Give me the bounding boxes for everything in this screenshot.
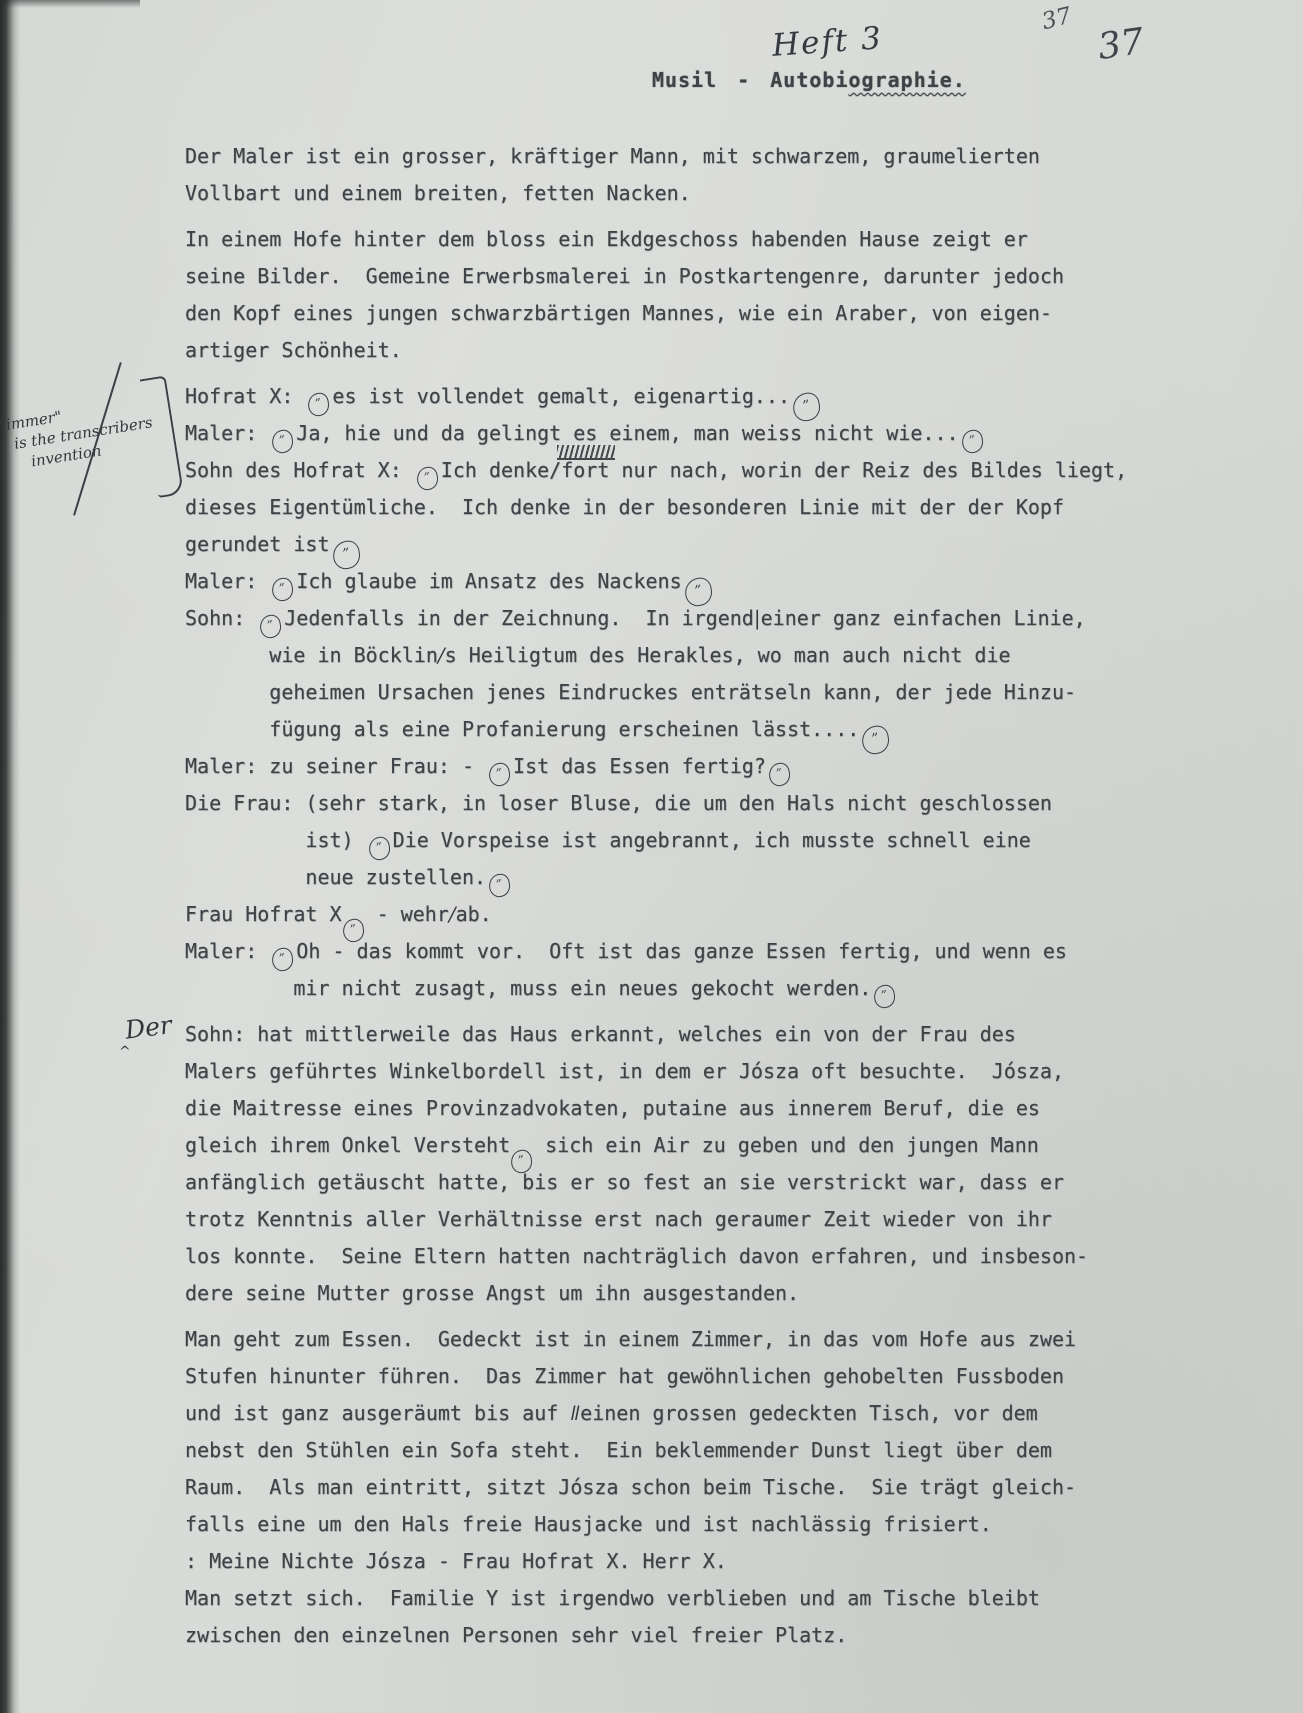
scan-edge-shadow <box>0 0 20 1713</box>
typed-line: Hofrat X: ”es ist vollendet gemalt, eige… <box>185 378 1225 415</box>
typed-line: trotz Kenntnis aller Verhältnisse erst n… <box>185 1201 1225 1238</box>
typed-text: ab. <box>456 902 492 926</box>
typed-line: wie in Böcklin/s Heiligtum des Herakles,… <box>185 637 1225 674</box>
handwritten-quote-mark-icon: ” <box>487 872 512 898</box>
page-number-pencil: 37 <box>1039 3 1074 35</box>
title-work-start: Autobi <box>770 68 848 92</box>
page-title: Musil-Autobiographie. <box>652 68 966 92</box>
typed-text: mir nicht zusagt, muss ein neues gekocht… <box>293 976 871 1000</box>
typed-line: geheimen Ursachen jenes Eindruckes enträ… <box>185 674 1225 711</box>
typed-text: wie in Böcklin <box>269 643 438 667</box>
handwritten-stroke: / <box>449 902 456 926</box>
heft-annotation: Heft 3 <box>771 20 884 64</box>
typed-text: Frau Hofrat X <box>185 902 342 926</box>
handwritten-quote-mark-icon: ” <box>415 465 440 491</box>
handwritten-quote-mark-icon: ” <box>767 761 792 787</box>
typed-text: Hofrat X: <box>185 384 305 408</box>
typed-text: Die Vorspeise ist angebrannt, ich musste… <box>393 828 1031 852</box>
typed-text: In einem Hofe hinter dem bloss ein Ekdge… <box>185 227 1028 251</box>
typed-text: den Kopf eines jungen schwarzbärtigen Ma… <box>185 301 1052 325</box>
typed-text: Der Maler ist ein grosser, kräftiger Man… <box>185 144 1040 168</box>
scan-edge-top-shadow <box>0 0 140 8</box>
paragraph-block: Der Maler ist ein grosser, kräftiger Man… <box>185 138 1225 212</box>
typed-text: los konnte. Seine Eltern hatten nachträg… <box>185 1244 1088 1268</box>
typed-line: artiger Schönheit. <box>185 332 1225 369</box>
typed-line: Frau Hofrat X” - wehr/ab. <box>185 896 1225 933</box>
handwritten-quote-mark-icon: ” <box>307 391 332 417</box>
typed-text: Sohn: <box>185 606 257 630</box>
typed-line: anfänglich getäuscht hatte, bis er so fe… <box>185 1164 1225 1201</box>
typed-line: Maler: ”Ja, hie und da gelingt es einem,… <box>185 415 1225 452</box>
typed-line: los konnte. Seine Eltern hatten nachträg… <box>185 1238 1225 1275</box>
typed-text: anfänglich getäuscht hatte, bis er so fe… <box>185 1170 1064 1194</box>
typed-text: falls eine um den Hals freie Hausjacke u… <box>185 1512 992 1536</box>
typed-text: Vollbart und einem breiten, fetten Nacke… <box>185 181 691 205</box>
typed-text: gerundet ist <box>185 532 330 556</box>
typed-line: und ist ganz ausgeräumt bis auf ǁeinen g… <box>185 1395 1225 1432</box>
typed-text: Maler: <box>185 569 269 593</box>
typed-line: Die Frau: (sehr stark, in loser Bluse, d… <box>185 785 1225 822</box>
typed-line: neue zustellen.” <box>185 859 1225 896</box>
typed-line: zwischen den einzelnen Personen sehr vie… <box>185 1617 1225 1654</box>
handwritten-quote-mark-icon: ” <box>258 613 283 639</box>
typed-text: und ist ganz ausgeräumt bis auf <box>185 1401 570 1425</box>
typed-line: Vollbart und einem breiten, fetten Nacke… <box>185 175 1225 212</box>
typed-line: falls eine um den Hals freie Hausjacke u… <box>185 1506 1225 1543</box>
typed-text: gleich ihrem Onkel Versteht <box>185 1133 510 1157</box>
typed-text: Malers geführtes Winkelbordell ist, in d… <box>185 1059 1064 1083</box>
typed-line: fügung als eine Profanierung erscheinen … <box>185 711 1225 748</box>
typed-line: Man geht zum Essen. Gedeckt ist in einem… <box>185 1321 1225 1358</box>
typed-line: Stufen hinunter führen. Das Zimmer hat g… <box>185 1358 1225 1395</box>
typed-text-body: Der Maler ist ein grosser, kräftiger Man… <box>185 138 1225 1663</box>
typed-text: Stufen hinunter führen. Das Zimmer hat g… <box>185 1364 1064 1388</box>
typed-line: gerundet ist” <box>185 526 1225 563</box>
typed-text: artiger Schönheit. <box>185 338 402 362</box>
typed-text: nebst den Stühlen ein Sofa steht. Ein be… <box>185 1438 1052 1462</box>
typed-text: seine Bilder. Gemeine Erwerbsmalerei in … <box>185 264 1064 288</box>
typed-text: dieses Eigentümliche. Ich denke in der b… <box>185 495 1064 519</box>
typed-line: Der Maler ist ein grosser, kräftiger Man… <box>185 138 1225 175</box>
typed-line: ist) ”Die Vorspeise ist angebrannt, ich … <box>185 822 1225 859</box>
typed-line: gleich ihrem Onkel Versteht” sich ein Ai… <box>185 1127 1225 1164</box>
handwritten-stroke: | <box>754 606 761 630</box>
typed-line: Maler: ”Ich glaube im Ansatz des Nackens… <box>185 563 1225 600</box>
typed-text: Ich denke/ <box>441 458 561 482</box>
typed-text: Ja, hie und da gelingt es einem, man wei… <box>296 421 958 445</box>
typed-line: In einem Hofe hinter dem bloss ein Ekdge… <box>185 221 1225 258</box>
typed-line: Raum. Als man eintritt, sitzt Jósza scho… <box>185 1469 1225 1506</box>
typed-line: Malers geführtes Winkelbordell ist, in d… <box>185 1053 1225 1090</box>
handwritten-quote-mark-icon: ” <box>367 835 392 861</box>
typed-text: sich ein Air zu geben und den jungen Man… <box>533 1133 1039 1157</box>
typed-text: dere seine Mutter grosse Angst um ihn au… <box>185 1281 799 1305</box>
typed-text: s Heiligtum des Herakles, wo man auch ni… <box>445 643 1011 667</box>
typed-text: einen grossen gedeckten Tisch, vor dem <box>580 1401 1038 1425</box>
typed-text: Ich glaube im Ansatz des Nackens <box>296 569 681 593</box>
typed-text: Maler: zu seiner Frau: - <box>185 754 486 778</box>
paragraph-block: In einem Hofe hinter dem bloss ein Ekdge… <box>185 221 1225 369</box>
typed-line: Man setzt sich. Familie Y ist irgendwo v… <box>185 1580 1225 1617</box>
scribbled-out-word-icon <box>557 445 615 460</box>
handwritten-stroke: / <box>438 643 445 667</box>
typed-text: Maler: <box>185 421 269 445</box>
typed-line: dere seine Mutter grosse Angst um ihn au… <box>185 1275 1225 1312</box>
typed-text: ist) <box>305 828 365 852</box>
typed-text: neue zustellen. <box>305 865 486 889</box>
typed-text: Man setzt sich. Familie Y ist irgendwo v… <box>185 1586 1040 1610</box>
typed-text: es ist vollendet gemalt, eigenartig... <box>332 384 790 408</box>
typed-line: den Kopf eines jungen schwarzbärtigen Ma… <box>185 295 1225 332</box>
typed-text: : Meine Nichte Jósza - Frau Hofrat X. He… <box>185 1549 727 1573</box>
typed-text: Sohn des Hofrat X: <box>185 458 414 482</box>
typed-text: - wehr <box>365 902 449 926</box>
typed-text: Man geht zum Essen. Gedeckt ist in einem… <box>185 1327 1076 1351</box>
typed-text: fort nur nach, worin der Reiz des Bildes… <box>561 458 1127 482</box>
typed-text: Oh - das kommt vor. Oft ist das ganze Es… <box>296 939 1067 963</box>
typed-text: geheimen Ursachen jenes Eindruckes enträ… <box>269 680 1076 704</box>
typed-line: seine Bilder. Gemeine Erwerbsmalerei in … <box>185 258 1225 295</box>
title-author: Musil <box>652 68 717 92</box>
insertion-caret-icon: ^ <box>119 1034 131 1071</box>
paragraph-block: Man geht zum Essen. Gedeckt ist in einem… <box>185 1321 1225 1654</box>
typed-text: Jedenfalls in der Zeichnung. In irgend <box>284 606 754 630</box>
handwritten-quote-mark-icon: ” <box>270 946 295 972</box>
manuscript-page: Heft 3 37 37 Musil-Autobiographie. "imme… <box>0 0 1303 1713</box>
typed-text: Raum. Als man eintritt, sitzt Jósza scho… <box>185 1475 1076 1499</box>
typed-text: trotz Kenntnis aller Verhältnisse erst n… <box>185 1207 1052 1231</box>
handwritten-quote-mark-icon: ” <box>270 428 295 454</box>
typed-text: die Maitresse eines Provinzadvokaten, pu… <box>185 1096 1040 1120</box>
page-number-pen: 37 <box>1095 21 1146 68</box>
typed-line: Maler: zu seiner Frau: - ”Ist das Essen … <box>185 748 1225 785</box>
typed-line: die Maitresse eines Provinzadvokaten, pu… <box>185 1090 1225 1127</box>
typed-line: nebst den Stühlen ein Sofa steht. Ein be… <box>185 1432 1225 1469</box>
handwritten-quote-mark-icon: ” <box>270 576 295 602</box>
handwritten-stroke: ǁ <box>570 1401 580 1425</box>
typed-text: Maler: <box>185 939 269 963</box>
typed-text: Ist das Essen fertig? <box>513 754 766 778</box>
typed-line: Der^Sohn: hat mittlerweile das Haus erka… <box>185 1016 1225 1053</box>
handwritten-quote-mark-icon: ” <box>872 983 897 1009</box>
typed-text: zwischen den einzelnen Personen sehr vie… <box>185 1623 847 1647</box>
handwritten-quote-mark-icon: ” <box>487 761 512 787</box>
paragraph-block: Der^Sohn: hat mittlerweile das Haus erka… <box>185 1016 1225 1312</box>
typed-line: Sohn des Hofrat X: ”Ich denke/fort nur n… <box>185 452 1225 489</box>
typed-text: einer ganz einfachen Linie, <box>761 606 1086 630</box>
typed-text: fügung als eine Profanierung erscheinen … <box>269 717 859 741</box>
typed-text: Die Frau: (sehr stark, in loser Bluse, d… <box>185 791 1052 815</box>
typed-line: mir nicht zusagt, muss ein neues gekocht… <box>185 970 1225 1007</box>
typed-text: Sohn: hat mittlerweile das Haus erkannt,… <box>185 1022 1016 1046</box>
handwritten-quote-mark-icon: ” <box>960 428 985 454</box>
title-work-underlined: ographie. <box>849 68 966 92</box>
title-dash: - <box>737 68 750 92</box>
margin-note: "immer" is the transcribers invention <box>0 389 188 535</box>
paragraph-block: Hofrat X: ”es ist vollendet gemalt, eige… <box>185 378 1225 1007</box>
typed-line: dieses Eigentümliche. Ich denke in der b… <box>185 489 1225 526</box>
typed-line: Maler: ”Oh - das kommt vor. Oft ist das … <box>185 933 1225 970</box>
typed-line: Sohn: ”Jedenfalls in der Zeichnung. In i… <box>185 600 1225 637</box>
typed-line: : Meine Nichte Jósza - Frau Hofrat X. He… <box>185 1543 1225 1580</box>
